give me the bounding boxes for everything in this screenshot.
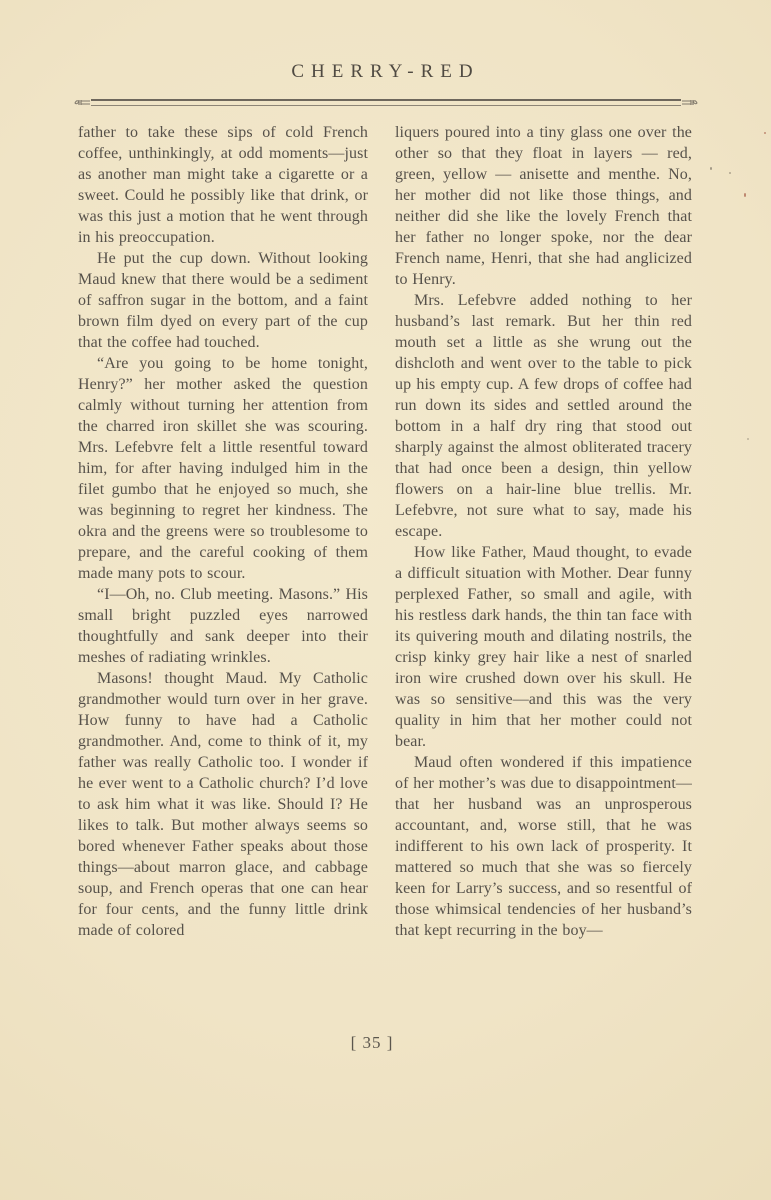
right-column: liquers poured into a tiny glass one ove… bbox=[395, 122, 692, 941]
page-number-text: [ 35 ] bbox=[351, 1033, 394, 1052]
paragraph: father to take these sips of cold French… bbox=[78, 122, 368, 248]
scan-speck bbox=[747, 438, 749, 440]
paragraph: “I—Oh, no. Club meeting. Masons.” His sm… bbox=[78, 584, 368, 668]
book-page-scan: CHERRY-RED father to take these sips of … bbox=[0, 0, 771, 1200]
paragraph: Mrs. Lefebvre added nothing to her husba… bbox=[395, 290, 692, 542]
paragraph: “Are you going to be home tonight, Henry… bbox=[78, 353, 368, 584]
paragraph: Maud often wondered if this impatience o… bbox=[395, 752, 692, 941]
scan-speck bbox=[744, 193, 746, 197]
paragraph: How like Father, Maud thought, to evade … bbox=[395, 542, 692, 752]
rule-flourish-right-icon bbox=[682, 97, 698, 107]
left-column: father to take these sips of cold French… bbox=[78, 122, 368, 941]
scan-speck bbox=[710, 167, 712, 170]
page-number: [ 35 ] bbox=[0, 1033, 744, 1053]
scan-speck bbox=[729, 172, 731, 174]
paragraph: liquers poured into a tiny glass one ove… bbox=[395, 122, 692, 290]
running-head-title: CHERRY-RED bbox=[0, 61, 771, 83]
paragraph: Masons! thought Maud. My Catholic grandm… bbox=[78, 668, 368, 941]
rule-flourish-left-icon bbox=[74, 97, 90, 107]
scan-speck bbox=[764, 132, 766, 134]
paragraph: He put the cup down. Without looking Mau… bbox=[78, 248, 368, 353]
rule-lines bbox=[91, 99, 681, 106]
text-columns: father to take these sips of cold French… bbox=[78, 122, 692, 941]
scan-speck bbox=[685, 131, 687, 133]
header-rule bbox=[74, 97, 698, 107]
